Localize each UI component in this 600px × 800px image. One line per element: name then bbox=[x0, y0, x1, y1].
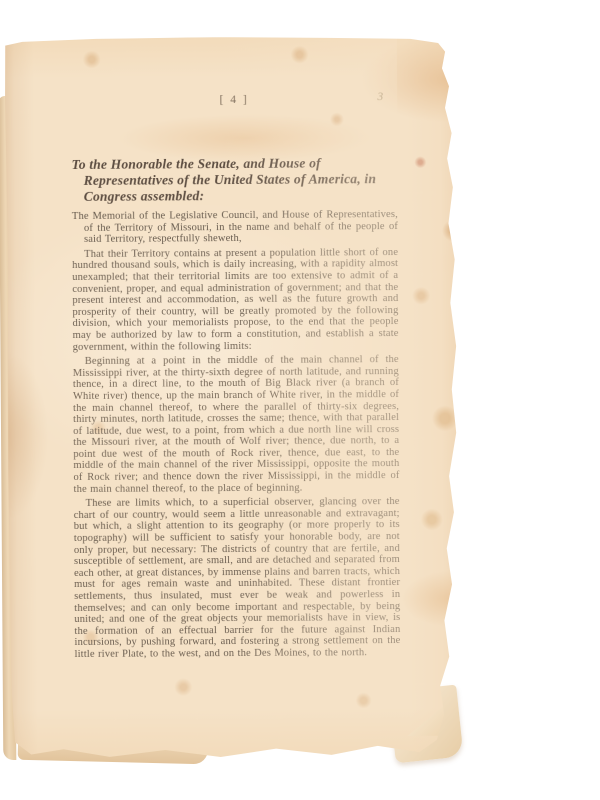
paragraph-limits: These are limits which, to a superficial… bbox=[74, 496, 401, 660]
document-page: [ 4 ] 3 To the Honorable the Senate, and… bbox=[4, 36, 470, 761]
corner-mark: 3 bbox=[377, 91, 383, 103]
paragraph-territory: That their Territory contains at present… bbox=[72, 247, 399, 353]
paragraph-memorial: The Memorial of the Legislative Council,… bbox=[72, 209, 398, 246]
page-number: [ 4 ] bbox=[71, 93, 397, 107]
page-header: [ 4 ] 3 bbox=[71, 93, 397, 109]
paragraph-boundaries: Beginning at a point in the middle of th… bbox=[73, 354, 400, 495]
salutation-heading: To the Honorable the Senate, and House o… bbox=[72, 155, 398, 205]
page-content: [ 4 ] 3 To the Honorable the Senate, and… bbox=[4, 36, 401, 661]
photo-background: [ 4 ] 3 To the Honorable the Senate, and… bbox=[0, 0, 600, 800]
